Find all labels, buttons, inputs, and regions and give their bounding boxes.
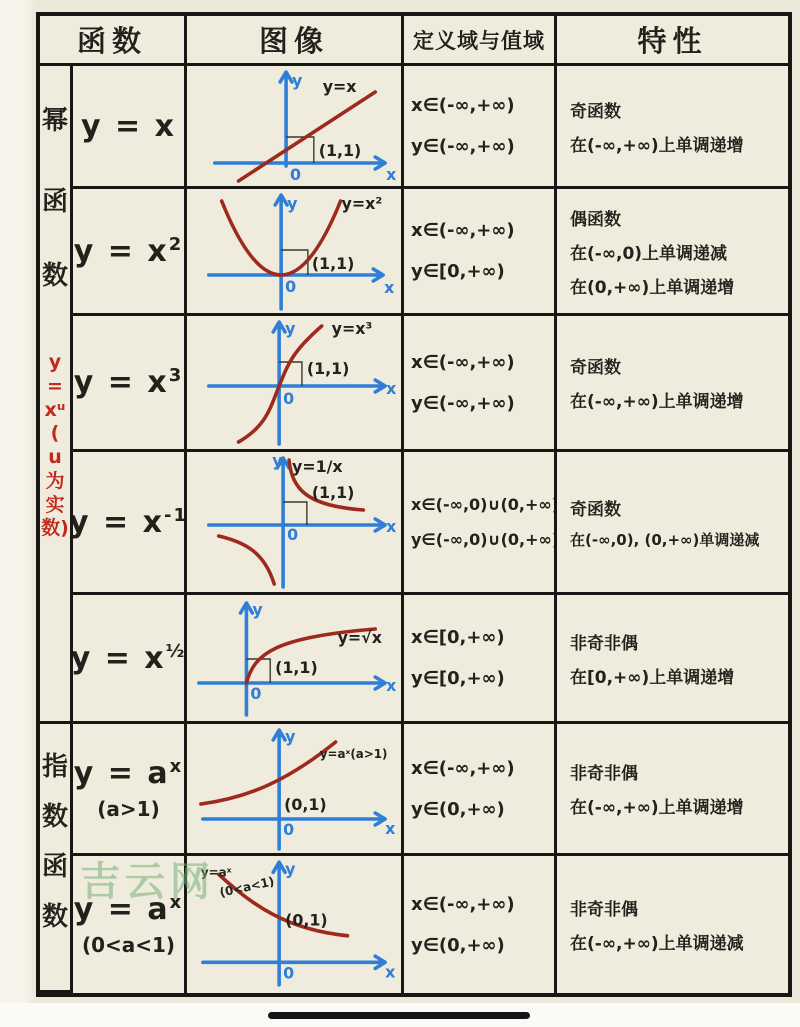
graph-sketch-exp-decreasing: y=aˣ (0<a<1) (0,1) 0 y x bbox=[187, 856, 401, 993]
row-1-domain: x∈(-∞,+∞) y∈(-∞,+∞) bbox=[404, 66, 557, 189]
range-line: y∈(-∞,+∞) bbox=[411, 136, 554, 157]
range-line: y∈(-∞,0)∪(0,+∞) bbox=[411, 530, 554, 549]
graph-sketch-cubic: y=x³ (1,1) 0 y x bbox=[187, 316, 401, 449]
point-label: (1,1) bbox=[312, 483, 355, 502]
point-label: (1,1) bbox=[319, 141, 362, 160]
header-function-label: 函数 bbox=[77, 19, 147, 60]
axis-x-label: x bbox=[385, 962, 396, 981]
row-7-props: 非奇非偶 在(-∞,+∞)上单调递减 bbox=[557, 856, 788, 993]
axis-y-label: y bbox=[292, 71, 303, 90]
group-exp-char: 数 bbox=[42, 904, 68, 930]
group-power-char: 数 bbox=[42, 263, 68, 289]
header-function: 函数 bbox=[40, 16, 187, 66]
origin-label: 0 bbox=[283, 820, 294, 839]
group-exp-char: 指 bbox=[42, 754, 68, 780]
origin-label: 0 bbox=[285, 277, 296, 296]
point-label: (0,1) bbox=[284, 795, 327, 814]
group-power-functions: 幂 函 数 y = xᵘ ( u 为 实 数) bbox=[40, 66, 73, 724]
domain-line: x∈(-∞,+∞) bbox=[411, 95, 554, 116]
origin-label: 0 bbox=[250, 684, 261, 703]
axis-y-label: y bbox=[285, 727, 296, 746]
group-exp-char: 函 bbox=[42, 854, 68, 880]
row-1-props: 奇函数 在(-∞,+∞)上单调递增 bbox=[557, 66, 788, 189]
origin-label: 0 bbox=[283, 963, 294, 982]
row-3-props: 奇函数 在(-∞,+∞)上单调递增 bbox=[557, 316, 788, 452]
row-7-domain: x∈(-∞,+∞) y∈(0,+∞) bbox=[404, 856, 557, 993]
row-2-formula: y = x2 bbox=[73, 189, 187, 316]
header-props-label: 特性 bbox=[637, 19, 707, 60]
domain-line: x∈(-∞,0)∪(0,+∞) bbox=[411, 495, 554, 514]
origin-label: 0 bbox=[290, 165, 301, 184]
row-3-formula: y = x3 bbox=[73, 316, 187, 452]
axis-x-label: x bbox=[386, 165, 397, 184]
group-power-char: 幂 bbox=[42, 108, 68, 134]
row-1-graph: y=x (1,1) 0 y x bbox=[187, 66, 404, 189]
home-indicator-bar bbox=[268, 1012, 530, 1019]
axis-y-label: y bbox=[285, 859, 296, 878]
bottom-strip bbox=[0, 1003, 800, 1027]
curve-label: y=1/x bbox=[292, 457, 343, 476]
formula-note: (0<a<1) bbox=[82, 933, 175, 957]
graph-sketch-exp-increasing: y=aˣ(a>1) (0,1) 0 y x bbox=[187, 724, 401, 853]
domain-line: x∈(-∞,+∞) bbox=[411, 220, 554, 241]
axis-x-label: x bbox=[384, 278, 395, 297]
graph-sketch-hyperbola: y=1/x (1,1) 0 y x bbox=[187, 452, 401, 592]
point-label: (1,1) bbox=[312, 254, 355, 273]
row-7-graph: y=aˣ (0<a<1) (0,1) 0 y x bbox=[187, 856, 404, 993]
row-4-formula: y = x-1 bbox=[73, 452, 187, 595]
domain-line: x∈(-∞,+∞) bbox=[411, 894, 554, 915]
range-line: y∈[0,+∞) bbox=[411, 668, 554, 689]
point-label: (0,1) bbox=[285, 910, 328, 929]
axis-y-label: y bbox=[285, 319, 296, 338]
curve-label: y=x² bbox=[342, 194, 383, 213]
graph-sketch-linear: y=x (1,1) 0 y x bbox=[187, 66, 401, 186]
group-exponential-functions: 指 数 函 数 bbox=[40, 724, 73, 993]
notes-photo: 函数 图像 定义域与值域 特性 幂 函 数 y = xᵘ ( u 为 实 数) … bbox=[0, 0, 800, 1027]
range-line: y∈(0,+∞) bbox=[411, 935, 554, 956]
power-annotation: y = xᵘ ( u 为 实 数) bbox=[41, 351, 69, 541]
row-5-domain: x∈[0,+∞) y∈[0,+∞) bbox=[404, 595, 557, 724]
domain-line: x∈(-∞,+∞) bbox=[411, 758, 554, 779]
curve-label: y=√x bbox=[338, 628, 383, 647]
domain-line: x∈(-∞,+∞) bbox=[411, 352, 554, 373]
origin-label: 0 bbox=[287, 525, 298, 544]
row-5-graph: y=√x (1,1) 0 y x bbox=[187, 595, 404, 724]
header-graph-label: 图像 bbox=[259, 19, 329, 60]
axis-x-label: x bbox=[385, 819, 396, 838]
range-line: y∈(-∞,+∞) bbox=[411, 393, 554, 414]
origin-label: 0 bbox=[283, 389, 294, 408]
header-domain-label: 定义域与值域 bbox=[413, 25, 545, 55]
header-props: 特性 bbox=[557, 16, 788, 66]
row-3-domain: x∈(-∞,+∞) y∈(-∞,+∞) bbox=[404, 316, 557, 452]
row-2-graph: y=x² (1,1) 0 y x bbox=[187, 189, 404, 316]
row-4-graph: y=1/x (1,1) 0 y x bbox=[187, 452, 404, 595]
formula-note: (a>1) bbox=[97, 797, 159, 821]
row-2-domain: x∈(-∞,+∞) y∈[0,+∞) bbox=[404, 189, 557, 316]
axis-x-label: x bbox=[386, 379, 397, 398]
row-5-formula: y = x½ bbox=[73, 595, 187, 724]
row-4-props: 奇函数 在(-∞,0), (0,+∞)单调递减 bbox=[557, 452, 788, 595]
graph-sketch-sqrt: y=√x (1,1) 0 y x bbox=[187, 595, 401, 721]
group-power-char: 函 bbox=[42, 189, 68, 215]
graph-sketch-parabola: y=x² (1,1) 0 y x bbox=[187, 189, 401, 313]
range-line: y∈[0,+∞) bbox=[411, 261, 554, 282]
point-label: (1,1) bbox=[275, 658, 318, 677]
curve-label: y=x bbox=[323, 77, 358, 96]
domain-line: x∈[0,+∞) bbox=[411, 627, 554, 648]
axis-x-label: x bbox=[386, 676, 397, 695]
row-6-props: 非奇非偶 在(-∞,+∞)上单调递增 bbox=[557, 724, 788, 856]
row-6-domain: x∈(-∞,+∞) y∈(0,+∞) bbox=[404, 724, 557, 856]
range-line: y∈(0,+∞) bbox=[411, 799, 554, 820]
axis-y-label: y bbox=[272, 452, 283, 470]
row-6-graph: y=aˣ(a>1) (0,1) 0 y x bbox=[187, 724, 404, 856]
row-4-domain: x∈(-∞,0)∪(0,+∞) y∈(-∞,0)∪(0,+∞) bbox=[404, 452, 557, 595]
axis-x-label: x bbox=[386, 517, 397, 536]
axis-y-label: y bbox=[287, 194, 298, 213]
axis-y-label: y bbox=[252, 600, 263, 619]
header-domain: 定义域与值域 bbox=[404, 16, 557, 66]
point-label: (1,1) bbox=[307, 359, 350, 378]
row-6-formula: y = ax (a>1) bbox=[73, 724, 187, 856]
row-3-graph: y=x³ (1,1) 0 y x bbox=[187, 316, 404, 452]
row-1-formula: y = x bbox=[73, 66, 187, 189]
header-graph: 图像 bbox=[187, 16, 404, 66]
site-watermark: 吉云网 bbox=[80, 850, 215, 907]
row-2-props: 偶函数 在(-∞,0)上单调递减 在(0,+∞)上单调递增 bbox=[557, 189, 788, 316]
curve-label: y=aˣ(a>1) bbox=[320, 747, 388, 761]
curve-label: y=x³ bbox=[332, 319, 373, 338]
row-5-props: 非奇非偶 在[0,+∞)上单调递增 bbox=[557, 595, 788, 724]
group-exp-char: 数 bbox=[42, 804, 68, 830]
